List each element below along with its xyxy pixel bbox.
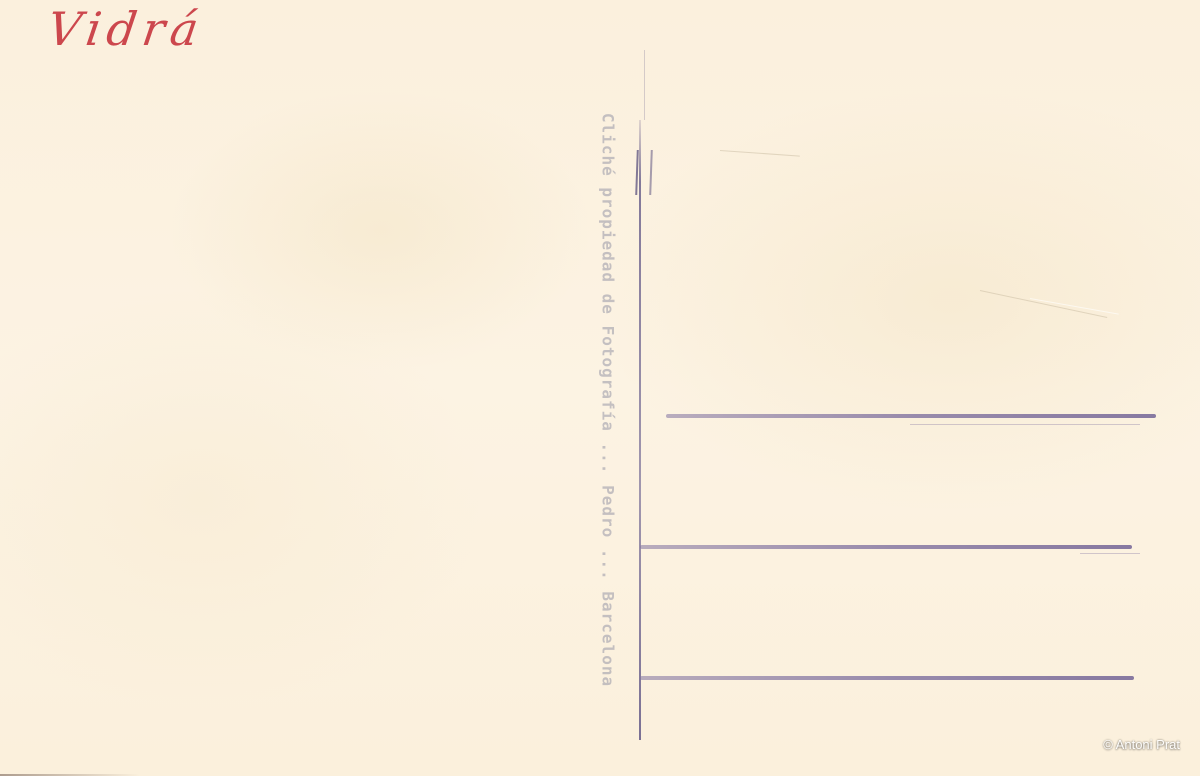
- divider-line-top: [644, 50, 645, 120]
- paper-crease-highlight: [1030, 298, 1119, 315]
- address-line-2-shadow: [1080, 553, 1140, 554]
- address-line-2: [640, 545, 1132, 549]
- address-line-3: [640, 676, 1134, 680]
- copyright-watermark: © Antoni Prat: [1103, 737, 1180, 752]
- address-line-1: [666, 414, 1156, 418]
- paper-crease: [980, 290, 1107, 318]
- center-divider-line: [639, 120, 641, 740]
- paper-crease: [720, 150, 800, 157]
- address-line-1-shadow: [910, 424, 1140, 425]
- publisher-imprint: Cliché propiedad de Fotografía ... Pedro…: [599, 113, 618, 687]
- pencil-mark: [635, 150, 653, 195]
- handwritten-place-name: Vidrá: [44, 2, 208, 56]
- postcard-back: Vidrá Cliché propiedad de Fotografía ...…: [0, 0, 1200, 776]
